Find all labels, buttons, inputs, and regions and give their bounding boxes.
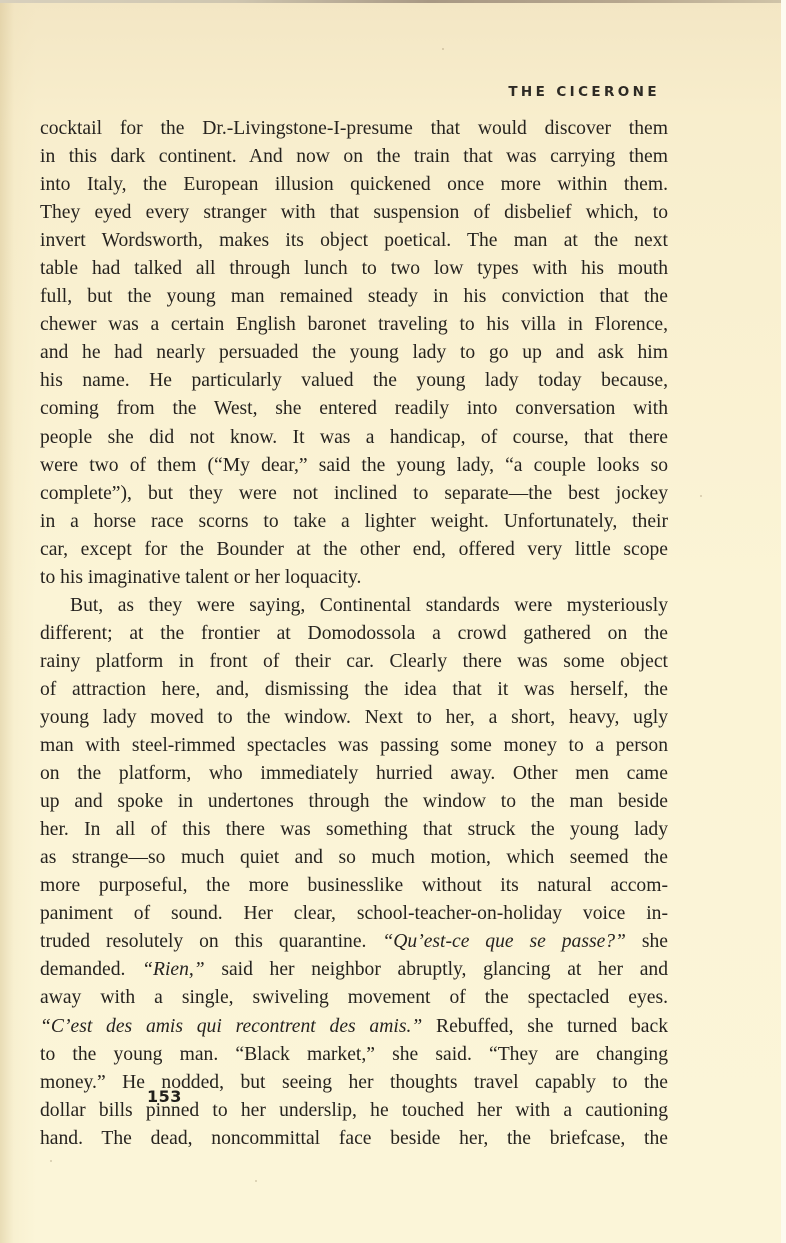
- page-top-edge: [0, 0, 781, 3]
- scan-margin-strip: [781, 0, 786, 1243]
- text-line: money.” He nodded, but seeing her though…: [40, 1069, 668, 1097]
- text-line: his name. He particularly valued the you…: [40, 367, 668, 395]
- text-line: on the platform, who immediately hurried…: [40, 760, 668, 788]
- line-roman-post: said her neighbor abruptly, glancing at …: [205, 959, 668, 980]
- text-line: of attraction here, and, dismissing the …: [40, 676, 668, 704]
- text-line-with-italic: “C’est des amis qui recontrent des amis.…: [40, 1013, 668, 1041]
- text-line: different; at the frontier at Domodossol…: [40, 620, 668, 648]
- text-line: as strange—so much quiet and so much mot…: [40, 844, 668, 872]
- paper-speck: [255, 1180, 257, 1182]
- french-quote-italic: “Rien,”: [142, 959, 205, 980]
- text-line: more purposeful, the more businesslike w…: [40, 872, 668, 900]
- text-line: They eyed every stranger with that suspe…: [40, 199, 668, 227]
- french-quote-italic: “Qu’est-ce que se passe?”: [382, 931, 626, 952]
- text-line: coming from the West, she entered readil…: [40, 395, 668, 423]
- paper-speck: [442, 48, 444, 50]
- text-line: her. In all of this there was something …: [40, 816, 668, 844]
- text-line: man with steel-rimmed spectacles was pas…: [40, 732, 668, 760]
- text-line-with-italic: truded resolutely on this quarantine. “Q…: [40, 928, 668, 956]
- paper-speck: [50, 1160, 52, 1162]
- text-line: rainy platform in front of their car. Cl…: [40, 648, 668, 676]
- paragraph-start-line: But, as they were saying, Continental st…: [40, 592, 668, 620]
- text-line: invert Wordsworth, makes its object poet…: [40, 227, 668, 255]
- text-line: to the young man. “Black market,” she sa…: [40, 1041, 668, 1069]
- text-line-with-italic: demanded. “Rien,” said her neighbor abru…: [40, 956, 668, 984]
- body-text: cocktail for the Dr.-Livingstone-I-presu…: [40, 115, 668, 1153]
- text-line: away with a single, swiveling movement o…: [40, 984, 668, 1012]
- line-roman-post: Rebuffed, she turned back: [422, 1016, 668, 1037]
- text-line: were two of them (“My dear,” said the yo…: [40, 452, 668, 480]
- line-roman-post: she: [626, 931, 668, 952]
- page-number: 153: [147, 1087, 182, 1106]
- text-line: young lady moved to the window. Next to …: [40, 704, 668, 732]
- text-line: complete”), but they were not inclined t…: [40, 480, 668, 508]
- text-line: dollar bills pinned to her underslip, he…: [40, 1097, 668, 1125]
- text-line: and he had nearly persuaded the young la…: [40, 339, 668, 367]
- text-line: into Italy, the European illusion quicke…: [40, 171, 668, 199]
- text-line: hand. The dead, noncommittal face beside…: [40, 1125, 668, 1153]
- text-line: chewer was a certain English baronet tra…: [40, 311, 668, 339]
- line-roman-pre: truded resolutely on this quarantine.: [40, 931, 382, 952]
- text-line: people she did not know. It was a handic…: [40, 424, 668, 452]
- text-line: paniment of sound. Her clear, school-tea…: [40, 900, 668, 928]
- text-line: table had talked all through lunch to tw…: [40, 255, 668, 283]
- text-line: full, but the young man remained steady …: [40, 283, 668, 311]
- paper-speck: [700, 495, 702, 497]
- book-page: THE CICERONE cocktail for the Dr.-Living…: [0, 0, 781, 1243]
- running-head: THE CICERONE: [480, 84, 660, 100]
- line-roman-pre: demanded.: [40, 959, 142, 980]
- french-quote-italic: “C’est des amis qui recontrent des amis.…: [40, 1016, 422, 1037]
- text-line: car, except for the Bounder at the other…: [40, 536, 668, 564]
- text-line: in this dark continent. And now on the t…: [40, 143, 668, 171]
- text-line: in a horse race scorns to take a lighter…: [40, 508, 668, 536]
- paragraph-end-line: to his imaginative talent or her loquaci…: [40, 564, 668, 592]
- text-line: cocktail for the Dr.-Livingstone-I-presu…: [40, 115, 668, 143]
- text-line: up and spoke in undertones through the w…: [40, 788, 668, 816]
